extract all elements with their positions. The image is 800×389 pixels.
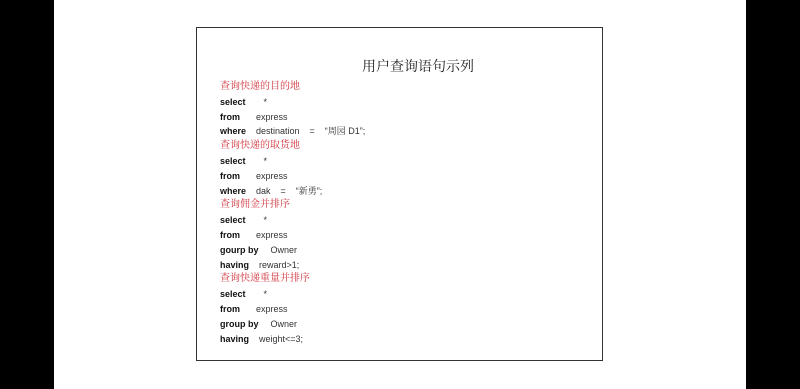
sql-keyword: group by <box>220 317 259 332</box>
sql-argument: express <box>256 230 288 240</box>
sql-argument: destination = “周园 D1”; <box>256 126 365 136</box>
sql-line: fromexpress <box>220 169 365 184</box>
sql-line: select* <box>220 95 365 110</box>
sql-keyword: select <box>220 287 246 302</box>
sql-keyword: from <box>220 110 240 125</box>
sql-line: fromexpress <box>220 302 365 317</box>
section-heading: 查询快递重量并排序 <box>220 272 365 287</box>
sql-keyword: where <box>220 124 246 139</box>
sql-keyword: select <box>220 95 246 110</box>
right-letterbox-band <box>746 0 800 389</box>
sql-argument: weight<=3; <box>259 334 303 344</box>
sql-line: select* <box>220 154 365 169</box>
sql-keyword: having <box>220 332 249 347</box>
section-heading: 查询快递的取货地 <box>220 139 365 154</box>
sql-line: gourp byOwner <box>220 243 365 258</box>
sql-argument: reward>1; <box>259 260 299 270</box>
sql-keyword: having <box>220 258 249 273</box>
sql-line: fromexpress <box>220 228 365 243</box>
sql-line: wheredak = “新勇”; <box>220 184 365 199</box>
sql-argument: dak = “新勇”; <box>256 186 322 196</box>
sql-keyword: from <box>220 169 240 184</box>
sql-argument: Owner <box>271 245 298 255</box>
left-letterbox-band <box>0 0 54 389</box>
sql-keyword: gourp by <box>220 243 259 258</box>
sql-line: havingreward>1; <box>220 258 365 273</box>
sql-line: group byOwner <box>220 317 365 332</box>
document-frame: 用户查询语句示列 查询快递的目的地select*fromexpresswhere… <box>196 27 603 361</box>
section-heading: 查询佣金并排序 <box>220 198 365 213</box>
sql-keyword: from <box>220 228 240 243</box>
sql-line: fromexpress <box>220 110 365 125</box>
sql-argument: * <box>264 156 268 166</box>
sql-argument: Owner <box>271 319 298 329</box>
sql-argument: * <box>264 289 268 299</box>
document-title: 用户查询语句示列 <box>212 56 617 76</box>
sql-line: select* <box>220 287 365 302</box>
sql-line: wheredestination = “周园 D1”; <box>220 124 365 139</box>
section-heading: 查询快递的目的地 <box>220 80 365 95</box>
sql-keyword: where <box>220 184 246 199</box>
sql-keyword: select <box>220 154 246 169</box>
sql-argument: express <box>256 171 288 181</box>
sql-line: select* <box>220 213 365 228</box>
sql-argument: * <box>264 215 268 225</box>
sql-line: havingweight<=3; <box>220 332 365 347</box>
sql-argument: * <box>264 97 268 107</box>
sql-keyword: from <box>220 302 240 317</box>
sql-keyword: select <box>220 213 246 228</box>
sql-argument: express <box>256 304 288 314</box>
query-examples: 查询快递的目的地select*fromexpresswheredestinati… <box>220 80 365 346</box>
sql-argument: express <box>256 112 288 122</box>
